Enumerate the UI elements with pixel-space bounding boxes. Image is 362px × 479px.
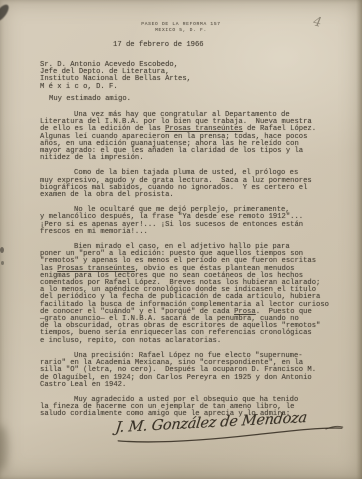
scan-artifact-top-left [0, 2, 11, 23]
letter-date: 17 de febrero de 1966 [113, 42, 204, 49]
scan-artifact-left-speck [0, 247, 4, 253]
recipient-line: M é x i c o, D. F. [40, 84, 191, 91]
text-segment: e incluso, repito, con notas aclaratoria… [40, 337, 221, 345]
paragraph: Una precisión: Rafael López no fue elect… [40, 353, 338, 389]
letterhead: PASEO DE LA REFORMA 157 MEXICO 5, D. F. [0, 22, 362, 34]
paragraph-line: nitidez de la impresión. [40, 155, 338, 162]
paragraph-line: Castro Leal en 1942. [40, 382, 338, 389]
paragraph-line: examen de la obra del prosista. [40, 192, 338, 199]
paragraph: Una vez más hay que congratular al Depar… [40, 112, 338, 162]
paragraph-line: e incluso, repito, con notas aclaratoria… [40, 338, 338, 345]
paragraph-line: frescos en mi memoria!... [40, 229, 338, 236]
scan-smudge-bottom-left [0, 425, 8, 471]
paragraph: Como de la bien tajada pluma de usted, e… [40, 170, 338, 199]
text-segment: nitidez de la impresión. [40, 154, 144, 162]
letter-body: Una vez más hay que congratular al Depar… [40, 112, 338, 427]
paragraph: Bien mirado el caso, en el adjetivo hall… [40, 244, 338, 345]
paragraph: No le ocultaré que me dejó perplejo, pri… [40, 207, 338, 236]
salutation: Muy estimado amigo. [49, 96, 131, 103]
letter-scan-page: 4 PASEO DE LA REFORMA 157 MEXICO 5, D. F… [0, 0, 362, 479]
paper-edge-shadow [356, 0, 362, 479]
text-segment: examen de la obra del prosista. [40, 191, 174, 199]
letterhead-city-line: MEXICO 5, D. F. [0, 28, 362, 34]
text-segment: frescos en mi memoria!... [40, 228, 148, 236]
text-segment: Castro Leal en 1942. [40, 381, 126, 389]
scan-artifact-left-speck [1, 261, 4, 265]
recipient-block: Sr. D. Antonio Acevedo Escobedo,Jefe del… [40, 62, 191, 91]
